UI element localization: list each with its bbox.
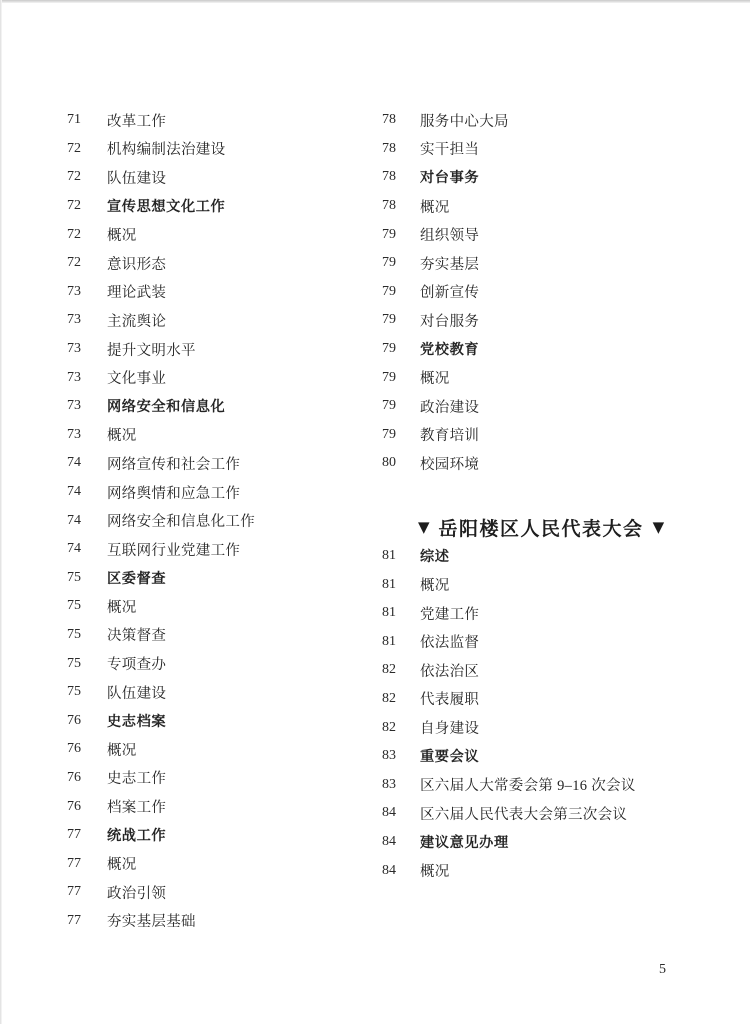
toc-entry: 79 概况 bbox=[382, 363, 732, 392]
toc-entry-title: 提升文明水平 bbox=[107, 339, 196, 360]
toc-entry-page-number: 76 bbox=[67, 799, 107, 815]
toc-entry-title: 概况 bbox=[107, 596, 137, 617]
section-header: ▼ 岳阳楼区人民代表大会 ▼ bbox=[382, 513, 732, 542]
toc-entry-page-number: 84 bbox=[382, 834, 420, 850]
toc-entry-title: 概况 bbox=[107, 739, 137, 760]
toc-entry-page-number: 82 bbox=[382, 691, 420, 707]
toc-entry-title: 概况 bbox=[107, 853, 137, 874]
toc-entry-title: 对台服务 bbox=[420, 310, 479, 331]
toc-entry: 78 实干担当 bbox=[382, 135, 732, 164]
scan-edge-top bbox=[0, 0, 750, 3]
toc-entry-page-number: 76 bbox=[67, 770, 107, 786]
toc-entry-page-number: 84 bbox=[382, 863, 420, 879]
toc-entry-title: 改革工作 bbox=[107, 110, 166, 131]
toc-entry: 75 队伍建设 bbox=[67, 678, 367, 707]
toc-entry: 73 网络安全和信息化 bbox=[67, 392, 367, 421]
toc-entry-title: 教育培训 bbox=[420, 424, 479, 445]
toc-entry: 72 意识形态 bbox=[67, 249, 367, 278]
toc-entry-title: 夯实基层 bbox=[420, 253, 479, 274]
toc-entry-page-number: 79 bbox=[382, 284, 420, 300]
toc-entry-title: 校园环境 bbox=[420, 453, 479, 474]
toc-entry: 73 概况 bbox=[67, 421, 367, 450]
toc-entry: 72 宣传思想文化工作 bbox=[67, 192, 367, 221]
toc-entry-title: 统战工作 bbox=[107, 825, 166, 845]
toc-entry: 73 主流舆论 bbox=[67, 306, 367, 335]
toc-entry-page-number: 79 bbox=[382, 341, 420, 357]
toc-entry-title: 综述 bbox=[420, 546, 450, 566]
toc-entry-title: 队伍建设 bbox=[107, 167, 166, 188]
toc-entry: 79 夯实基层 bbox=[382, 249, 732, 278]
toc-entry-title: 实干担当 bbox=[420, 138, 479, 159]
toc-entry-title: 区六届人民代表大会第三次会议 bbox=[420, 803, 627, 824]
toc-entry: 82 代表履职 bbox=[382, 685, 732, 714]
section-header-title: 岳阳楼区人民代表大会 bbox=[439, 514, 644, 541]
toc-entry: 83 重要会议 bbox=[382, 742, 732, 771]
toc-entry: 73 文化事业 bbox=[67, 363, 367, 392]
toc-entry-title: 网络宣传和社会工作 bbox=[107, 453, 240, 474]
toc-right-column: 78 服务中心大局 78 实干担当 78 对台事务 78 概况 79 组织领导 … bbox=[382, 106, 732, 885]
toc-entry-title: 队伍建设 bbox=[107, 682, 166, 703]
toc-entry-page-number: 83 bbox=[382, 748, 420, 764]
toc-entry-page-number: 74 bbox=[67, 541, 107, 557]
toc-entry-page-number: 73 bbox=[67, 398, 107, 414]
toc-entry: 77 夯实基层基础 bbox=[67, 907, 367, 936]
folio-page-number: 5 bbox=[659, 962, 666, 978]
toc-entry: 79 创新宣传 bbox=[382, 278, 732, 307]
toc-entry-title: 代表履职 bbox=[420, 688, 479, 709]
toc-entry-page-number: 81 bbox=[382, 605, 420, 621]
toc-right-column-bottom-entries: 81 综述 81 概况 81 党建工作 81 依法监督 82 依法治区 82 代… bbox=[382, 542, 732, 885]
toc-entry: 75 专项查办 bbox=[67, 649, 367, 678]
toc-entry: 81 党建工作 bbox=[382, 599, 732, 628]
toc-entry: 73 提升文明水平 bbox=[67, 335, 367, 364]
toc-entry-page-number: 78 bbox=[382, 112, 420, 128]
toc-entry-page-number: 81 bbox=[382, 548, 420, 564]
toc-entry-page-number: 79 bbox=[382, 312, 420, 328]
toc-entry-page-number: 75 bbox=[67, 656, 107, 672]
toc-entry-page-number: 76 bbox=[67, 713, 107, 729]
toc-entry-page-number: 78 bbox=[382, 198, 420, 214]
toc-entry-page-number: 79 bbox=[382, 427, 420, 443]
toc-entry: 84 建议意见办理 bbox=[382, 828, 732, 857]
toc-entry-title: 概况 bbox=[107, 424, 137, 445]
toc-entry: 81 概况 bbox=[382, 570, 732, 599]
toc-entry-page-number: 75 bbox=[67, 598, 107, 614]
toc-entry-title: 理论武装 bbox=[107, 281, 166, 302]
toc-entry-page-number: 83 bbox=[382, 777, 420, 793]
toc-entry-page-number: 74 bbox=[67, 455, 107, 471]
toc-entry-title: 概况 bbox=[420, 196, 450, 217]
toc-entry: 75 决策督查 bbox=[67, 621, 367, 650]
toc-entry: 74 网络宣传和社会工作 bbox=[67, 449, 367, 478]
toc-entry-title: 党建工作 bbox=[420, 603, 479, 624]
toc-entry-page-number: 82 bbox=[382, 662, 420, 678]
toc-entry: 79 政治建设 bbox=[382, 392, 732, 421]
toc-entry: 81 综述 bbox=[382, 542, 732, 571]
toc-entry-title: 意识形态 bbox=[107, 253, 166, 274]
toc-entry-title: 组织领导 bbox=[420, 224, 479, 245]
toc-entry-page-number: 72 bbox=[67, 169, 107, 185]
toc-entry: 81 依法监督 bbox=[382, 628, 732, 657]
toc-entry: 74 互联网行业党建工作 bbox=[67, 535, 367, 564]
toc-entry: 71 改革工作 bbox=[67, 106, 367, 135]
toc-entry-title: 党校教育 bbox=[420, 339, 479, 359]
toc-entry-page-number: 79 bbox=[382, 398, 420, 414]
toc-left-column: 71 改革工作 72 机构编制法治建设 72 队伍建设 72 宣传思想文化工作 … bbox=[67, 106, 367, 935]
toc-entry: 75 概况 bbox=[67, 592, 367, 621]
toc-entry: 83 区六届人大常委会第 9–16 次会议 bbox=[382, 770, 732, 799]
toc-entry-page-number: 71 bbox=[67, 112, 107, 128]
toc-entry: 75 区委督查 bbox=[67, 564, 367, 593]
toc-entry-page-number: 72 bbox=[67, 255, 107, 271]
toc-entry-title: 互联网行业党建工作 bbox=[107, 539, 240, 560]
toc-entry-title: 概况 bbox=[420, 574, 450, 595]
toc-entry-page-number: 79 bbox=[382, 227, 420, 243]
toc-entry-page-number: 81 bbox=[382, 577, 420, 593]
toc-entry-page-number: 81 bbox=[382, 634, 420, 650]
toc-right-column-top-entries: 78 服务中心大局 78 实干担当 78 对台事务 78 概况 79 组织领导 … bbox=[382, 106, 732, 478]
toc-entry: 78 服务中心大局 bbox=[382, 106, 732, 135]
toc-entry: 79 党校教育 bbox=[382, 335, 732, 364]
toc-entry-title: 网络安全和信息化 bbox=[107, 396, 225, 416]
toc-entry-page-number: 77 bbox=[67, 884, 107, 900]
toc-entry-page-number: 79 bbox=[382, 370, 420, 386]
toc-entry-title: 史志档案 bbox=[107, 711, 166, 731]
toc-entry-title: 网络舆情和应急工作 bbox=[107, 482, 240, 503]
toc-entry-page-number: 78 bbox=[382, 141, 420, 157]
toc-entry-page-number: 73 bbox=[67, 427, 107, 443]
toc-entry-title: 区委督查 bbox=[107, 568, 166, 588]
toc-entry: 77 统战工作 bbox=[67, 821, 367, 850]
toc-entry-page-number: 77 bbox=[67, 827, 107, 843]
toc-entry-title: 依法监督 bbox=[420, 631, 479, 652]
toc-entry-title: 服务中心大局 bbox=[420, 110, 509, 131]
toc-entry-title: 重要会议 bbox=[420, 746, 479, 766]
toc-entry-page-number: 72 bbox=[67, 198, 107, 214]
toc-entry-page-number: 77 bbox=[67, 913, 107, 929]
toc-entry-page-number: 73 bbox=[67, 341, 107, 357]
toc-entry: 78 对台事务 bbox=[382, 163, 732, 192]
triangle-down-icon: ▼ bbox=[418, 520, 430, 535]
toc-entry-title: 机构编制法治建设 bbox=[107, 138, 225, 159]
toc-entry-page-number: 84 bbox=[382, 805, 420, 821]
toc-entry: 80 校园环境 bbox=[382, 449, 732, 478]
toc-entry: 79 教育培训 bbox=[382, 421, 732, 450]
toc-entry-page-number: 75 bbox=[67, 627, 107, 643]
toc-entry: 76 概况 bbox=[67, 735, 367, 764]
toc-entry-page-number: 80 bbox=[382, 455, 420, 471]
toc-entry-page-number: 75 bbox=[67, 570, 107, 586]
toc-entry-title: 概况 bbox=[420, 367, 450, 388]
toc-entry: 76 史志档案 bbox=[67, 706, 367, 735]
toc-entry-title: 概况 bbox=[420, 860, 450, 881]
toc-entry: 72 队伍建设 bbox=[67, 163, 367, 192]
toc-entry-title: 创新宣传 bbox=[420, 281, 479, 302]
toc-entry-page-number: 77 bbox=[67, 856, 107, 872]
toc-entry-page-number: 74 bbox=[67, 513, 107, 529]
toc-entry-page-number: 72 bbox=[67, 227, 107, 243]
toc-entry-title: 文化事业 bbox=[107, 367, 166, 388]
toc-entry: 78 概况 bbox=[382, 192, 732, 221]
scan-edge-left bbox=[0, 0, 2, 1024]
toc-entry-page-number: 78 bbox=[382, 169, 420, 185]
toc-entry-title: 概况 bbox=[107, 224, 137, 245]
toc-entry-title: 专项查办 bbox=[107, 653, 166, 674]
toc-entry-title: 网络安全和信息化工作 bbox=[107, 510, 255, 531]
toc-entry-title: 政治建设 bbox=[420, 396, 479, 417]
toc-entry-page-number: 72 bbox=[67, 141, 107, 157]
toc-entry-title: 夯实基层基础 bbox=[107, 910, 196, 931]
toc-entry: 72 机构编制法治建设 bbox=[67, 135, 367, 164]
toc-entry: 82 依法治区 bbox=[382, 656, 732, 685]
triangle-down-icon: ▼ bbox=[653, 520, 665, 535]
toc-entry-title: 宣传思想文化工作 bbox=[107, 196, 225, 216]
toc-entry: 73 理论武装 bbox=[67, 278, 367, 307]
toc-entry-page-number: 79 bbox=[382, 255, 420, 271]
toc-entry-page-number: 76 bbox=[67, 741, 107, 757]
toc-entry-page-number: 75 bbox=[67, 684, 107, 700]
toc-entry: 79 对台服务 bbox=[382, 306, 732, 335]
toc-entry-title: 史志工作 bbox=[107, 767, 166, 788]
toc-entry: 76 史志工作 bbox=[67, 764, 367, 793]
toc-entry-title: 决策督查 bbox=[107, 624, 166, 645]
toc-entry: 76 档案工作 bbox=[67, 792, 367, 821]
toc-entry: 77 概况 bbox=[67, 849, 367, 878]
toc-entry: 74 网络安全和信息化工作 bbox=[67, 506, 367, 535]
toc-entry-title: 依法治区 bbox=[420, 660, 479, 681]
toc-entry: 84 区六届人民代表大会第三次会议 bbox=[382, 799, 732, 828]
toc-entry: 77 政治引领 bbox=[67, 878, 367, 907]
toc-entry-title: 自身建设 bbox=[420, 717, 479, 738]
toc-entry-page-number: 73 bbox=[67, 284, 107, 300]
toc-entry: 72 概况 bbox=[67, 220, 367, 249]
toc-entry-title: 档案工作 bbox=[107, 796, 166, 817]
toc-entry: 82 自身建设 bbox=[382, 713, 732, 742]
toc-entry-title: 主流舆论 bbox=[107, 310, 166, 331]
toc-entry-page-number: 74 bbox=[67, 484, 107, 500]
toc-entry-page-number: 73 bbox=[67, 312, 107, 328]
toc-entry-title: 区六届人大常委会第 9–16 次会议 bbox=[420, 774, 636, 795]
toc-entry: 79 组织领导 bbox=[382, 220, 732, 249]
toc-entry: 74 网络舆情和应急工作 bbox=[67, 478, 367, 507]
toc-entry-title: 建议意见办理 bbox=[420, 832, 509, 852]
toc-entry-page-number: 73 bbox=[67, 370, 107, 386]
toc-entry-title: 对台事务 bbox=[420, 167, 479, 187]
toc-entry-page-number: 82 bbox=[382, 720, 420, 736]
toc-entry: 84 概况 bbox=[382, 856, 732, 885]
toc-entry-title: 政治引领 bbox=[107, 882, 166, 903]
